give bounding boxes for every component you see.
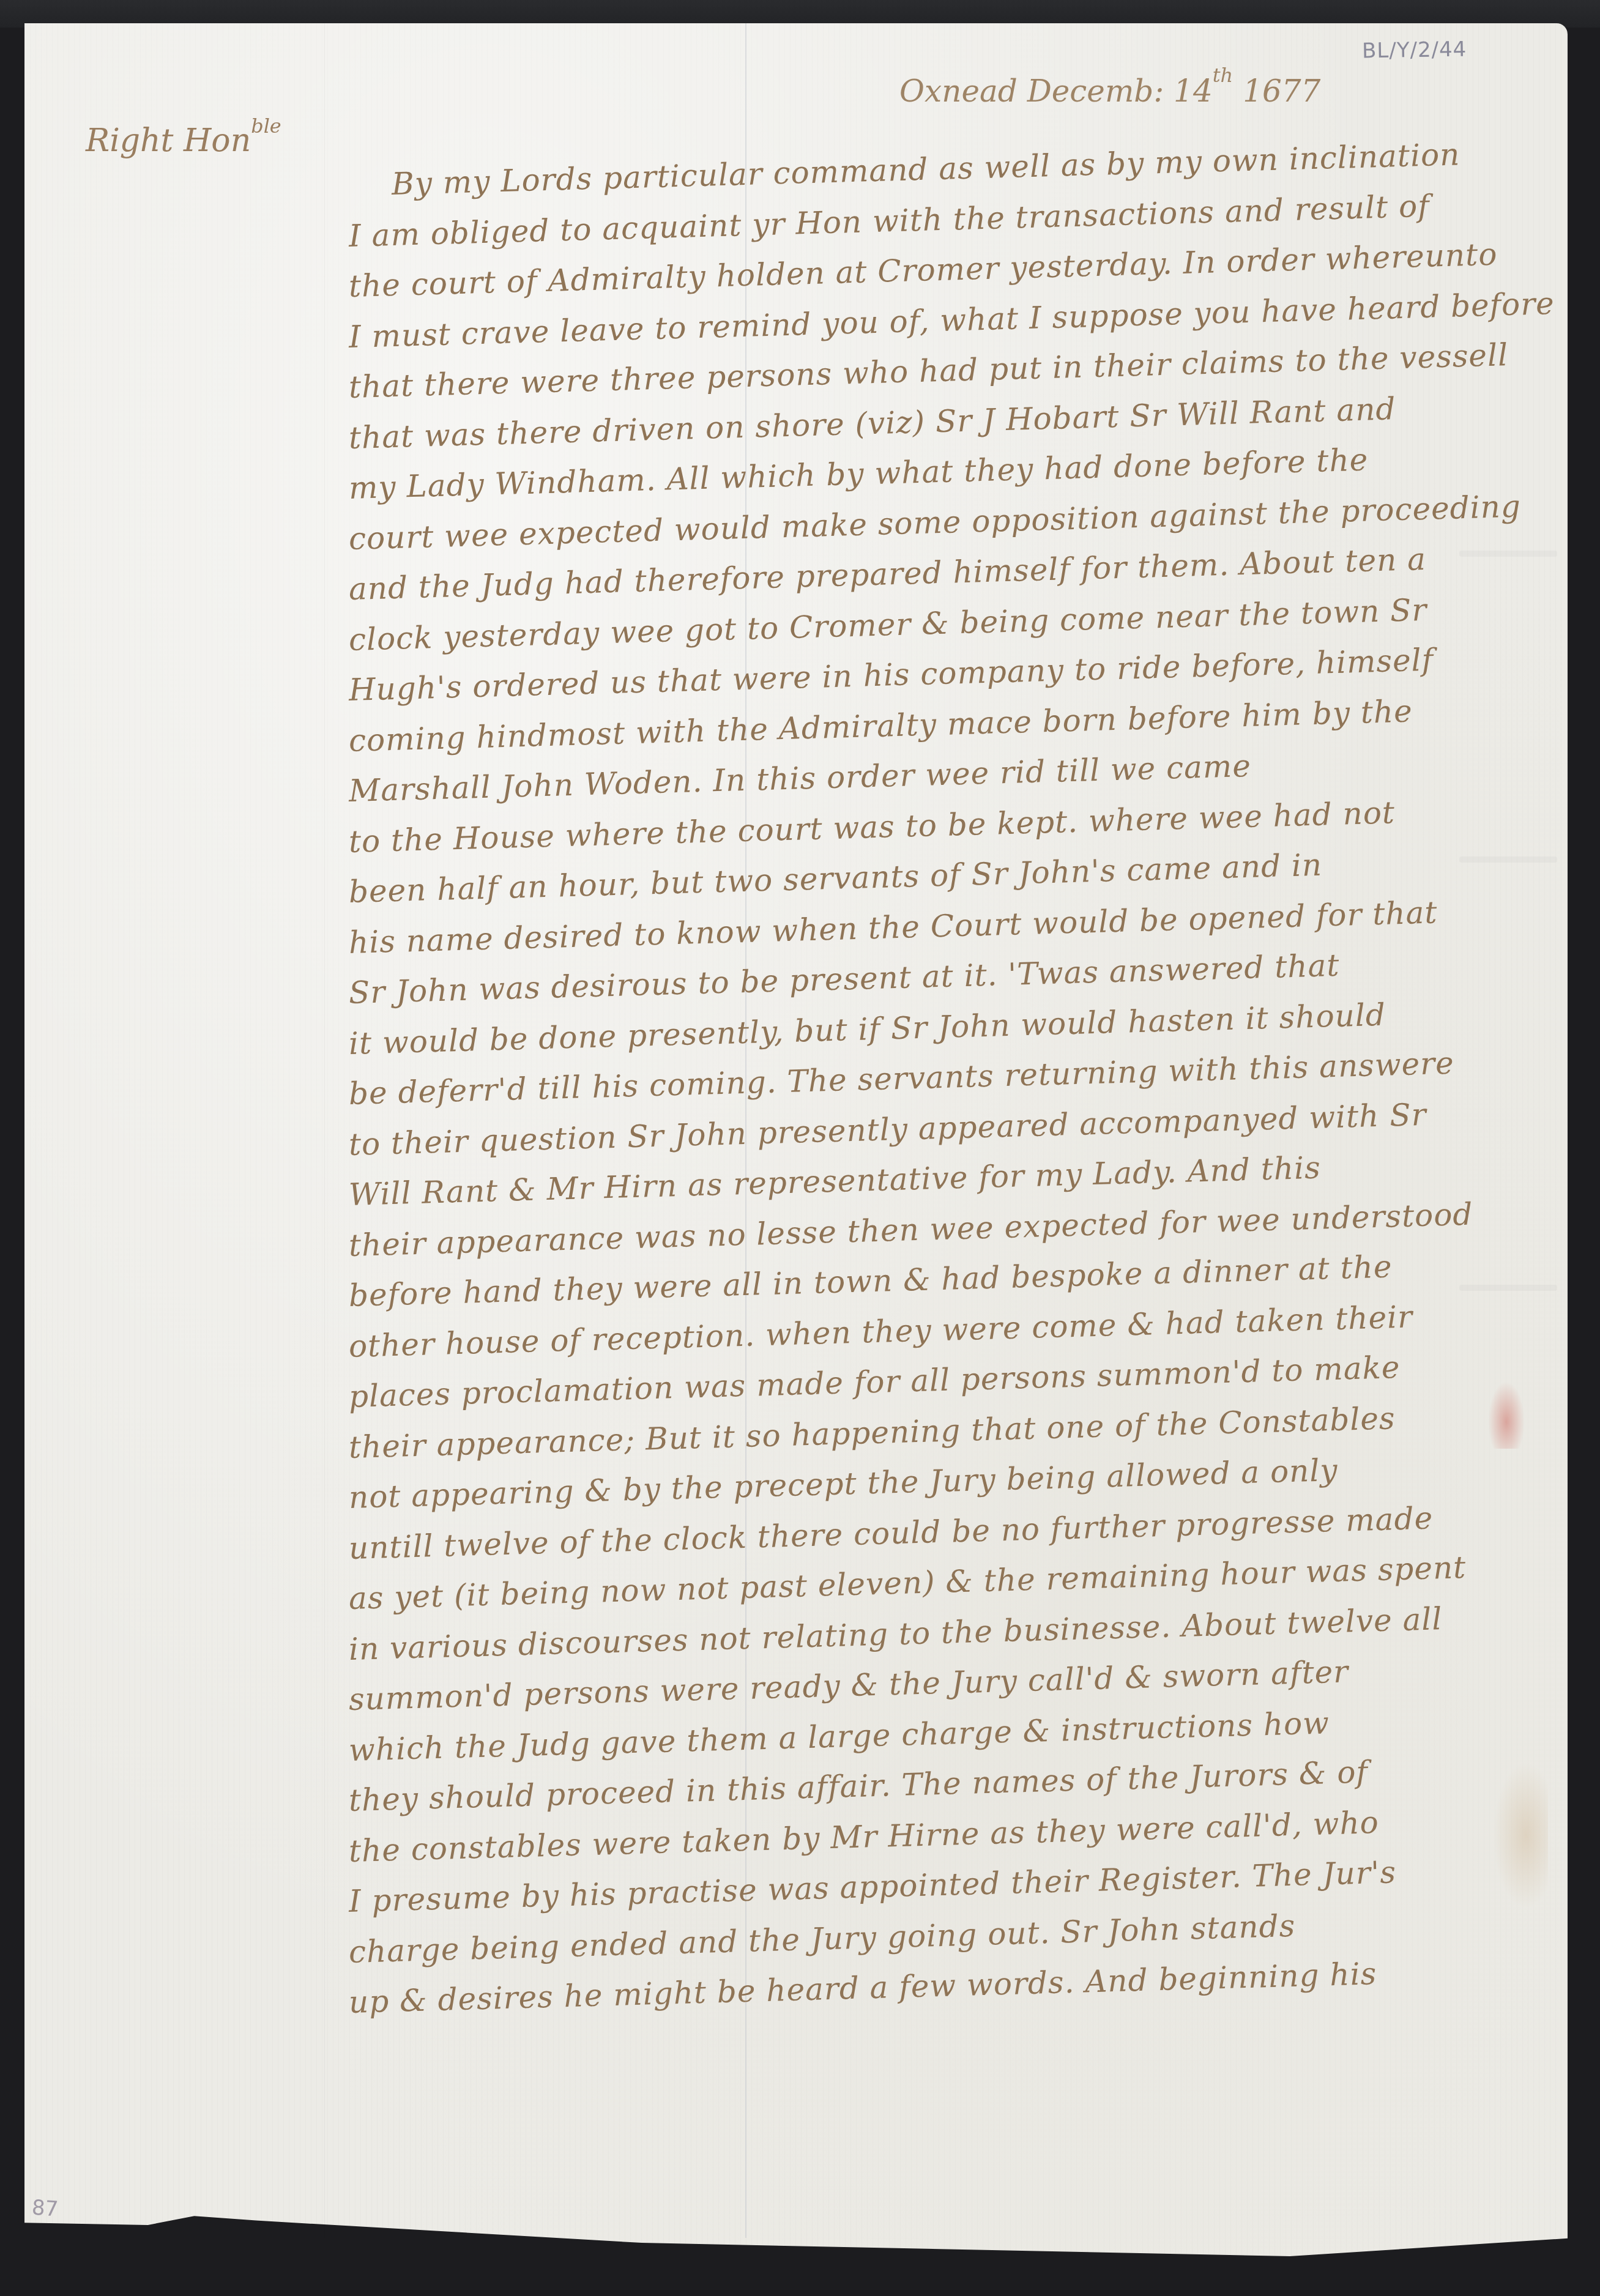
dateline-place-date: Oxnead Decemb: 14 <box>899 73 1213 109</box>
archive-reference: BL/Y/2/44 <box>1362 37 1467 64</box>
salutation-sup: ble <box>251 114 281 138</box>
letter-body: By my Lords particular command as well a… <box>349 160 1566 2028</box>
paper-crease <box>324 23 325 2238</box>
folio-number: 87 <box>31 2196 59 2222</box>
dateline: Oxnead Decemb: 14th 1677 <box>899 73 1320 109</box>
salutation-text: Right Hon <box>86 122 251 159</box>
dateline-ordinal: th <box>1213 64 1233 87</box>
dateline-year: 1677 <box>1243 73 1320 109</box>
salutation: Right Honble <box>86 122 281 159</box>
